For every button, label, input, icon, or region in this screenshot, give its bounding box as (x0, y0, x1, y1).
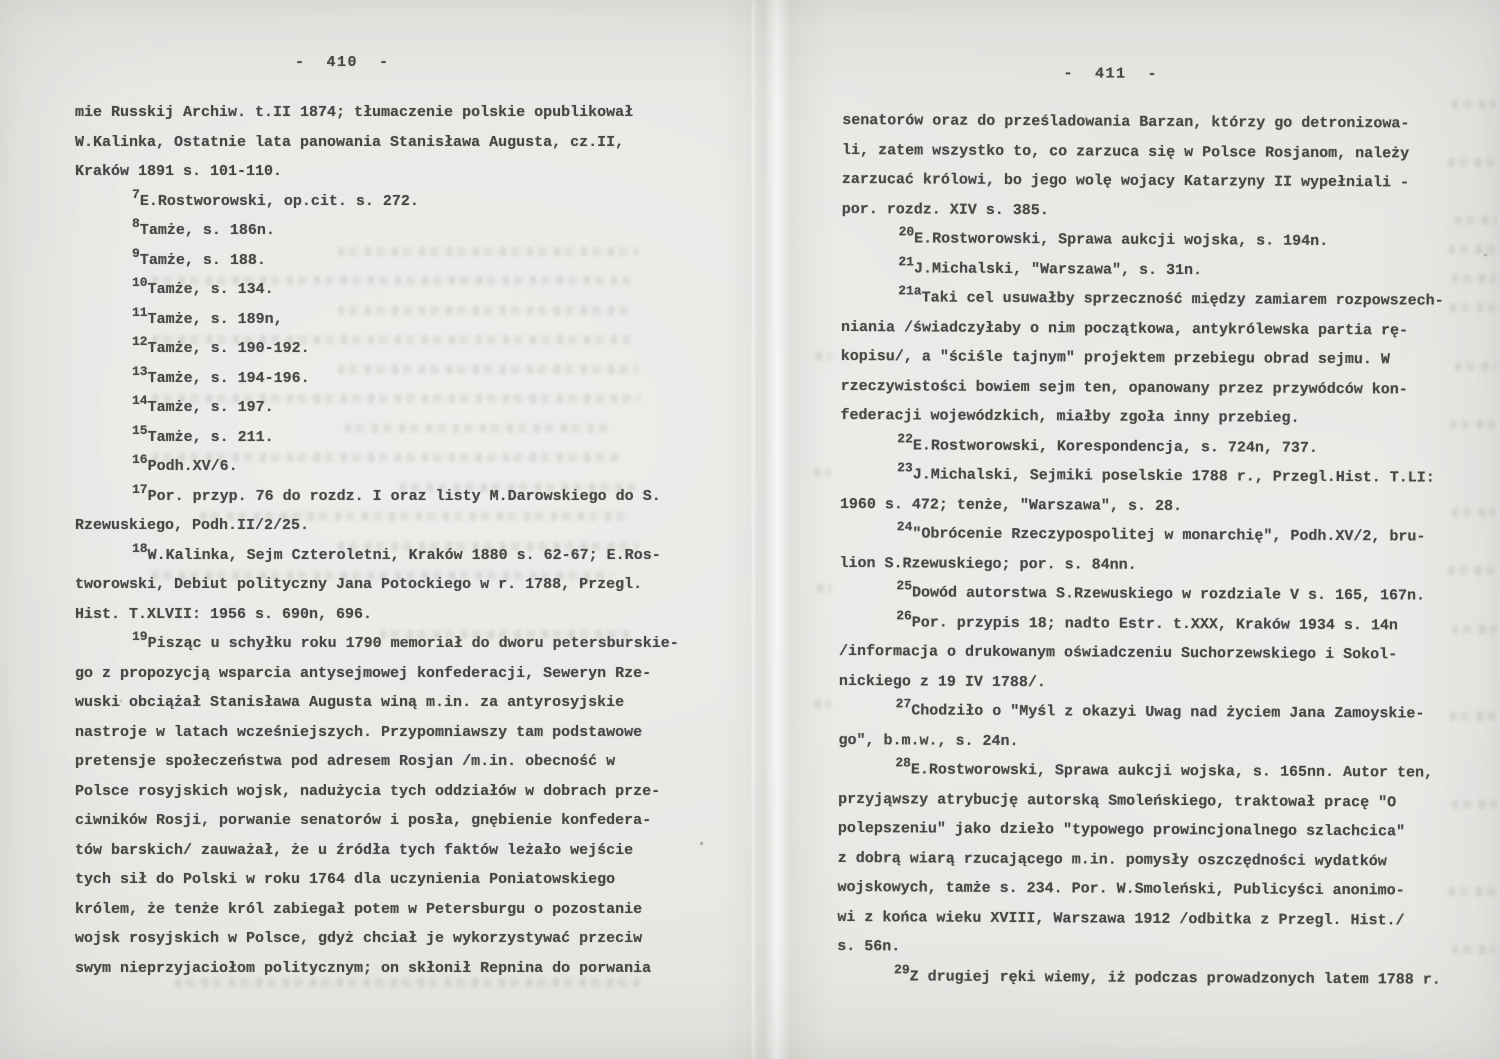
line-text: tworowski, Debiut polityczny Jana Potock… (75, 576, 642, 593)
text-line: por. rozdz. XIV s. 385. (842, 194, 1446, 227)
text-line: Polsce rosyjskich wojsk, nadużycia tych … (75, 777, 679, 807)
footnote-marker: 11 (132, 306, 148, 319)
line-text: wojsk rosyjskich w Polsce, gdyż chciał j… (75, 930, 642, 947)
line-text: Por. przypis 18; nadto Estr. t.XXX, Krak… (912, 614, 1398, 634)
text-line: swym nieprzyjaciołom politycznym; on skł… (75, 954, 679, 984)
line-text: nastroje w latach wcześniejszych. Przypo… (75, 724, 642, 741)
line-text: nickiego z 19 IV 1788/. (839, 672, 1046, 690)
text-line: przyjąwszy atrybucję autorską Smoleńskie… (838, 784, 1442, 817)
text-line: Rzewuskiego, Podh.II/2/25. (75, 511, 679, 541)
text-line: 18W.Kalinka, Sejm Czteroletni, Kraków 18… (75, 541, 679, 571)
gutter-crease (752, 0, 755, 1059)
text-line: 27Chodziło o "Myśl z okazyi Uwag nad życ… (839, 696, 1443, 729)
text-line: rzeczywistości bowiem sejm ten, opanowan… (841, 371, 1445, 404)
line-text: tych sił do Polski w roku 1764 dla uczyn… (75, 871, 615, 888)
text-line: tów barskich/ zauważał, że u źródła tych… (75, 836, 679, 866)
text-line: senatorów oraz do prześladowania Barzan,… (842, 106, 1446, 139)
footnote-marker: 26 (896, 609, 912, 622)
footnote-marker: 10 (132, 276, 148, 289)
line-text: J.Michalski, "Warszawa", s. 31n. (914, 260, 1202, 279)
text-line: /informacja o drukowanym oświadczeniu Su… (839, 637, 1443, 670)
footnote-marker: 19 (132, 630, 148, 643)
line-text: tów barskich/ zauważał, że u źródła tych… (75, 842, 633, 859)
line-text: E.Rostworowski, Sprawa aukcji wojska, s.… (911, 761, 1433, 781)
page-right: - 411 - senatorów oraz do prześladowania… (784, 0, 1500, 1059)
line-text: s. 56n. (837, 938, 900, 955)
dust-speck (1484, 254, 1487, 256)
line-text: /informacja o drukowanym oświadczeniu Su… (839, 643, 1397, 663)
line-text: rzeczywistości bowiem sejm ten, opanowan… (841, 377, 1408, 397)
text-line: go z propozycją wsparcia antysejmowej ko… (75, 659, 679, 689)
text-line: lion S.Rzewuskiego; por. s. 84nn. (839, 548, 1443, 581)
line-text: go z propozycją wsparcia antysejmowej ko… (75, 665, 651, 682)
line-text: Taki cel usuwałby sprzeczność między zam… (922, 289, 1444, 309)
text-line: 7E.Rostworowski, op.cit. s. 272. (75, 187, 679, 217)
line-text: E.Rostworowski, Korespondencja, s. 724n,… (913, 437, 1318, 456)
line-text: wuski obciążał Stanisława Augusta winą m… (75, 694, 624, 711)
line-text: Rzewuskiego, Podh.II/2/25. (75, 517, 309, 534)
footnote-marker: 15 (132, 424, 148, 437)
line-text: go", b.m.w., s. 24n. (838, 731, 1018, 749)
footnote-marker: 16 (132, 453, 148, 466)
text-line: 17Por. przyp. 76 do rozdz. I oraz listy … (75, 482, 679, 512)
line-text: J.Michalski, Sejmiki poselskie 1788 r., … (913, 466, 1435, 486)
text-line: 22E.Rostworowski, Korespondencja, s. 724… (840, 430, 1444, 463)
text-line: 25Dowód autorstwa S.Rzewuskiego w rozdzi… (839, 578, 1443, 611)
footnote-marker: 22 (897, 432, 913, 445)
text-line: federacji wojewódzkich, miałby zgoła inn… (840, 401, 1444, 434)
footnote-marker: 25 (896, 579, 912, 592)
text-line: polepszeniu" jako dzieło "typowego prowi… (838, 814, 1442, 847)
text-line: wojskowych, tamże s. 234. Por. W.Smoleńs… (837, 873, 1441, 906)
text-line: 12Tamże, s. 190-192. (75, 334, 679, 364)
footnote-marker: 21a (898, 284, 921, 297)
text-line: s. 56n. (837, 932, 1441, 965)
line-text: Tamże, s. 211. (148, 429, 274, 446)
line-text: Dowód autorstwa S.Rzewuskiego w rozdzial… (912, 584, 1425, 604)
line-text: li, zatem wszystko to, co zarzuca się w … (842, 141, 1409, 161)
text-line: li, zatem wszystko to, co zarzuca się w … (842, 135, 1446, 168)
text-line: królem, że tenże król zabiegał potem w P… (75, 895, 679, 925)
line-text: E.Rostworowski, Sprawa aukcji wojska, s.… (914, 230, 1328, 250)
line-text: W.Kalinka, Ostatnie lata panowania Stani… (75, 134, 624, 151)
line-text: kopisu/, a "ściśle tajnym" projektem prz… (841, 348, 1390, 368)
line-text: W.Kalinka, Sejm Czteroletni, Kraków 1880… (148, 547, 661, 564)
line-text: niania /świadczyłaby o nim początkowa, a… (841, 318, 1408, 338)
text-line: wuski obciążał Stanisława Augusta winą m… (75, 688, 679, 718)
text-line: 20E.Rostworowski, Sprawa aukcji wojska, … (841, 224, 1445, 257)
footnote-marker: 14 (132, 394, 148, 407)
text-line: 19Pisząc u schyłku roku 1790 memoriał do… (75, 629, 679, 659)
text-line: 9Tamże, s. 188. (75, 246, 679, 276)
footnote-marker: 7 (132, 188, 140, 201)
line-text: wi z końca wieku XVIII, Warszawa 1912 /o… (837, 908, 1404, 928)
text-line: 16Podh.XV/6. (75, 452, 679, 482)
text-line: 21aTaki cel usuwałby sprzeczność między … (841, 283, 1445, 316)
line-text: królem, że tenże król zabiegał potem w P… (75, 901, 642, 918)
footnote-marker: 13 (132, 365, 148, 378)
line-text: Pisząc u schyłku roku 1790 memoriał do d… (148, 635, 679, 652)
text-line: mie Russkij Archiw. t.II 1874; tłumaczen… (75, 98, 679, 128)
page-right-text-block: senatorów oraz do prześladowania Barzan,… (837, 106, 1446, 995)
text-line: z dobrą wiarą rzucającego m.in. pomysły … (838, 843, 1442, 876)
page-left-text-block: mie Russkij Archiw. t.II 1874; tłumaczen… (75, 98, 679, 983)
footnote-marker: 21 (898, 255, 914, 268)
text-line: go", b.m.w., s. 24n. (838, 725, 1442, 758)
line-text: Tamże, s. 134. (148, 281, 274, 298)
text-line: Kraków 1891 s. 101-110. (75, 157, 679, 187)
footnote-marker: 27 (896, 697, 912, 710)
footnote-marker: 17 (132, 483, 148, 496)
line-text: Tamże, s. 188. (140, 252, 266, 269)
footnote-marker: 20 (899, 225, 915, 238)
line-text: Tamże, s. 190-192. (148, 340, 310, 357)
text-line: nickiego z 19 IV 1788/. (839, 666, 1443, 699)
line-text: federacji wojewódzkich, miałby zgoła inn… (840, 407, 1299, 427)
line-text: Tamże, s. 189n, (148, 311, 283, 328)
line-text: Tamże, s. 186n. (140, 222, 275, 239)
line-text: mie Russkij Archiw. t.II 1874; tłumaczen… (75, 104, 633, 121)
line-text: Tamże, s. 194-196. (148, 370, 310, 387)
text-line: pretensje społeczeństwa pod adresem Rosj… (75, 747, 679, 777)
line-text: Polsce rosyjskich wojsk, nadużycia tych … (75, 783, 660, 800)
text-line: 23J.Michalski, Sejmiki poselskie 1788 r.… (840, 460, 1444, 493)
line-text: senatorów oraz do prześladowania Barzan,… (842, 112, 1409, 132)
footnote-marker: 12 (132, 335, 148, 348)
text-line: Hist. T.XLVII: 1956 s. 690n, 696. (75, 600, 679, 630)
line-text: polepszeniu" jako dzieło "typowego prowi… (838, 820, 1405, 840)
line-text: lion S.Rzewuskiego; por. s. 84nn. (840, 554, 1137, 573)
line-text: 1960 s. 472; tenże, "Warszawa", s. 28. (840, 495, 1182, 514)
text-line: 21J.Michalski, "Warszawa", s. 31n. (841, 253, 1445, 286)
footnote-marker: 28 (895, 756, 911, 769)
line-text: Kraków 1891 s. 101-110. (75, 163, 282, 180)
line-text: Podh.XV/6. (148, 458, 238, 475)
line-text: "Obrócenie Rzeczypospolitej w monarchię"… (912, 525, 1425, 545)
book-scan: - 410 - mie Russkij Archiw. t.II 1874; t… (0, 0, 1500, 1059)
line-text: przyjąwszy atrybucję autorską Smoleńskie… (838, 790, 1396, 810)
dust-speck (700, 842, 703, 845)
text-line: zarzucać królowi, bo jego wolę wojacy Ka… (842, 165, 1446, 198)
text-line: 29Z drugiej ręki wiemy, iż podczas prowa… (837, 961, 1441, 994)
line-text: Tamże, s. 197. (148, 399, 274, 416)
text-line: ciwników Rosji, porwanie senatorów i pos… (75, 806, 679, 836)
footnote-marker: 9 (132, 247, 140, 260)
line-text: por. rozdz. XIV s. 385. (842, 200, 1049, 218)
text-line: 26Por. przypis 18; nadto Estr. t.XXX, Kr… (839, 607, 1443, 640)
text-line: wi z końca wieku XVIII, Warszawa 1912 /o… (837, 902, 1441, 935)
text-line: 24"Obrócenie Rzeczypospolitej w monarchi… (840, 519, 1444, 552)
text-line: tworowski, Debiut polityczny Jana Potock… (75, 570, 679, 600)
footnote-marker: 18 (132, 542, 148, 555)
line-text: swym nieprzyjaciołom politycznym; on skł… (75, 960, 651, 977)
footnote-marker: 29 (894, 963, 910, 976)
line-text: Hist. T.XLVII: 1956 s. 690n, 696. (75, 606, 372, 623)
line-text: Por. przyp. 76 do rozdz. I oraz listy M.… (148, 488, 661, 505)
text-line: wojsk rosyjskich w Polsce, gdyż chciał j… (75, 924, 679, 954)
text-line: 8Tamże, s. 186n. (75, 216, 679, 246)
line-text: wojskowych, tamże s. 234. Por. W.Smoleńs… (838, 879, 1405, 899)
text-line: 11Tamże, s. 189n, (75, 305, 679, 335)
page-number-right: - 411 - (1063, 63, 1158, 86)
line-text: E.Rostworowski, op.cit. s. 272. (140, 193, 419, 210)
footnote-marker: 23 (897, 461, 913, 474)
page-number-left: - 410 - (295, 52, 390, 74)
footnote-marker: 8 (132, 217, 140, 230)
line-text: ciwników Rosji, porwanie senatorów i pos… (75, 812, 651, 829)
footnote-marker: 24 (897, 520, 913, 533)
line-text: z dobrą wiarą rzucającego m.in. pomysły … (838, 849, 1387, 869)
text-line: 14Tamże, s. 197. (75, 393, 679, 423)
text-line: 1960 s. 472; tenże, "Warszawa", s. 28. (840, 489, 1444, 522)
line-text: Chodziło o "Myśl z okazyi Uwag nad życie… (911, 702, 1424, 722)
text-line: 28E.Rostworowski, Sprawa aukcji wojska, … (838, 755, 1442, 788)
line-text: pretensje społeczeństwa pod adresem Rosj… (75, 753, 615, 770)
dust-speck (120, 700, 122, 702)
line-text: Z drugiej ręki wiemy, iż podczas prowadz… (910, 968, 1441, 988)
line-text: zarzucać królowi, bo jego wolę wojacy Ka… (842, 171, 1409, 191)
text-line: niania /świadczyłaby o nim początkowa, a… (841, 312, 1445, 345)
text-line: nastroje w latach wcześniejszych. Przypo… (75, 718, 679, 748)
text-line: kopisu/, a "ściśle tajnym" projektem prz… (841, 342, 1445, 375)
text-line: 15Tamże, s. 211. (75, 423, 679, 453)
page-left: - 410 - mie Russkij Archiw. t.II 1874; t… (0, 0, 750, 1059)
text-line: tych sił do Polski w roku 1764 dla uczyn… (75, 865, 679, 895)
text-line: 13Tamże, s. 194-196. (75, 364, 679, 394)
text-line: 10Tamże, s. 134. (75, 275, 679, 305)
text-line: W.Kalinka, Ostatnie lata panowania Stani… (75, 128, 679, 158)
